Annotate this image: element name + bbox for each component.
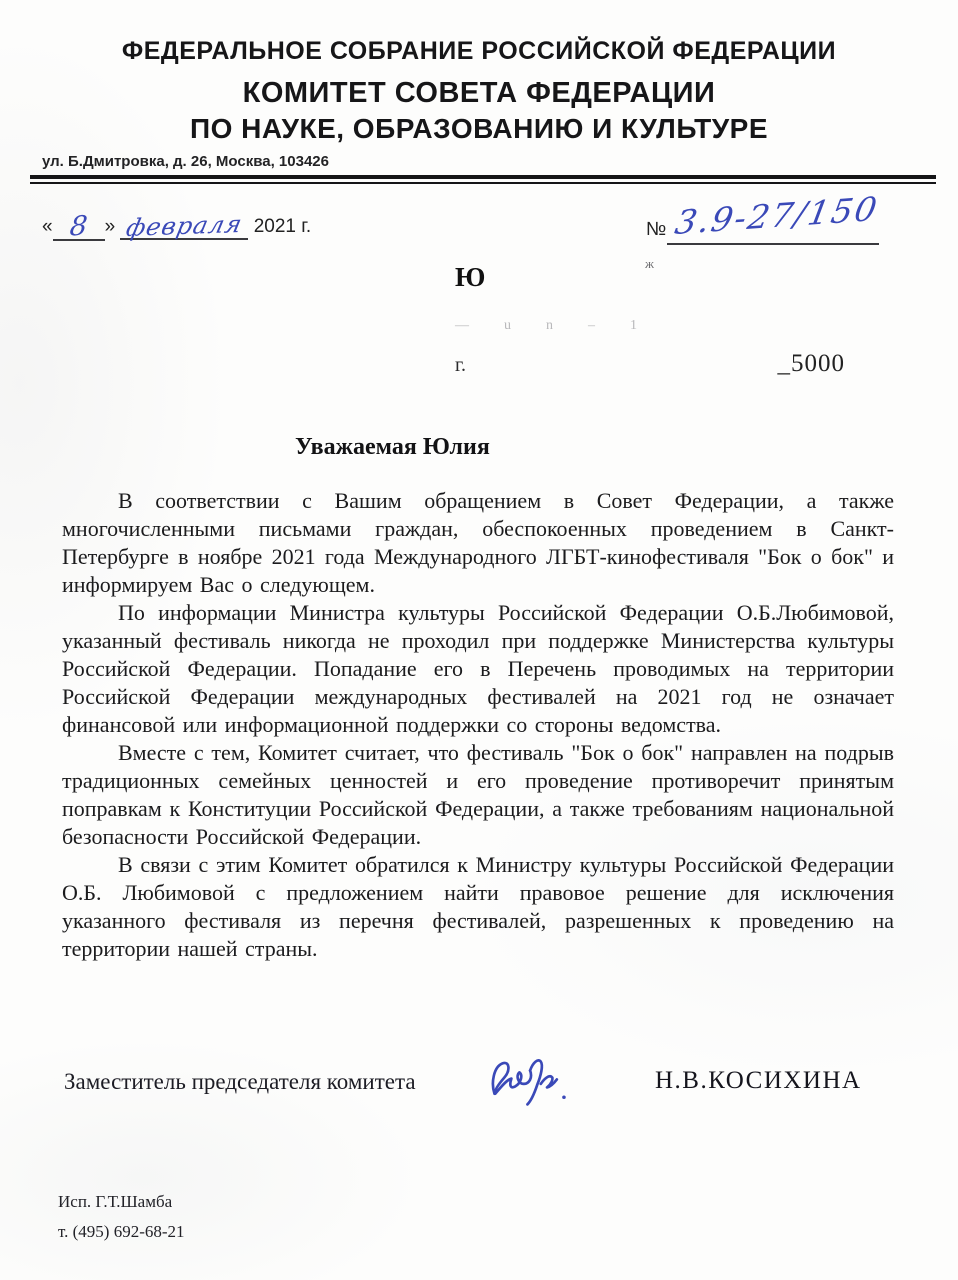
postal-code-fragment: _5000	[778, 350, 846, 378]
date-month-blank: февраля	[120, 210, 248, 240]
date-year: 2021 г.	[254, 216, 311, 237]
org-postal-address: ул. Б.Дмитровка, д. 26, Москва, 103426	[42, 153, 958, 170]
date-quote-open: «	[42, 216, 53, 237]
footer-block: Исп. Г.Т.Шамба т. (495) 692-68-21	[58, 1187, 958, 1247]
letter-body: В соответствии с Вашим обращением в Сове…	[62, 487, 894, 963]
org-name-line3: ПО НАУКЕ, ОБРАЗОВАНИЮ И КУЛЬТУРЕ	[0, 111, 958, 146]
outgoing-number-field: №3.9-27/150	[646, 204, 879, 245]
number-blank: 3.9-27/150	[667, 204, 879, 245]
reference-row: «8» февраля 2021 г. №3.9-27/150	[0, 194, 958, 246]
scanned-letter-page: ФЕДЕРАЛЬНОЕ СОБРАНИЕ РОССИЙСКОЙ ФЕДЕРАЦИ…	[0, 0, 958, 1280]
body-paragraph-1: В соответствии с Вашим обращением в Сове…	[62, 487, 894, 599]
addressee-city-line: г. _5000	[455, 350, 845, 378]
body-paragraph-3: Вместе с тем, Комитет считает, что фести…	[62, 739, 894, 851]
letterhead-divider	[30, 175, 936, 184]
signer-name: Н.В.КОСИХИНА	[655, 1067, 862, 1095]
signature-row: Заместитель председателя комитета Н.В.КО…	[0, 1055, 958, 1111]
executor-line: Исп. Г.Т.Шамба	[58, 1187, 958, 1217]
body-paragraph-2: По информации Министра культуры Российск…	[62, 599, 894, 739]
org-name-line1: ФЕДЕРАЛЬНОЕ СОБРАНИЕ РОССИЙСКОЙ ФЕДЕРАЦИ…	[0, 36, 958, 66]
date-field: «8» февраля 2021 г.	[42, 208, 311, 241]
redacted-address-line: — u n – 1	[455, 318, 845, 334]
letterhead: ФЕДЕРАЛЬНОЕ СОБРАНИЕ РОССИЙСКОЙ ФЕДЕРАЦИ…	[0, 36, 958, 184]
handwritten-month: февраля	[124, 210, 246, 242]
addressee-block: Ю ж — u n – 1 г. _5000	[455, 262, 845, 378]
handwritten-number: 3.9-27/150	[672, 189, 882, 242]
addressee-name-line: Ю ж	[455, 262, 845, 296]
handwritten-signature	[482, 1055, 580, 1116]
date-quote-close: »	[105, 216, 116, 237]
org-name-line2: КОМИТЕТ СОВЕТА ФЕДЕРАЦИИ	[0, 76, 958, 111]
city-label: г.	[455, 354, 466, 377]
signature-ink-icon	[482, 1055, 580, 1111]
number-sign: №	[646, 219, 667, 240]
salutation: Уважаемая Юлия	[295, 434, 958, 461]
redacted-mark: ж	[645, 256, 654, 272]
body-paragraph-4: В связи с этим Комитет обратился к Минис…	[62, 851, 894, 963]
signer-title: Заместитель председателя комитета	[64, 1069, 416, 1095]
handwritten-day: 8	[68, 210, 89, 242]
date-day-blank: 8	[53, 208, 105, 241]
addressee-initial: Ю	[455, 262, 485, 292]
executor-phone: т. (495) 692-68-21	[58, 1217, 958, 1247]
